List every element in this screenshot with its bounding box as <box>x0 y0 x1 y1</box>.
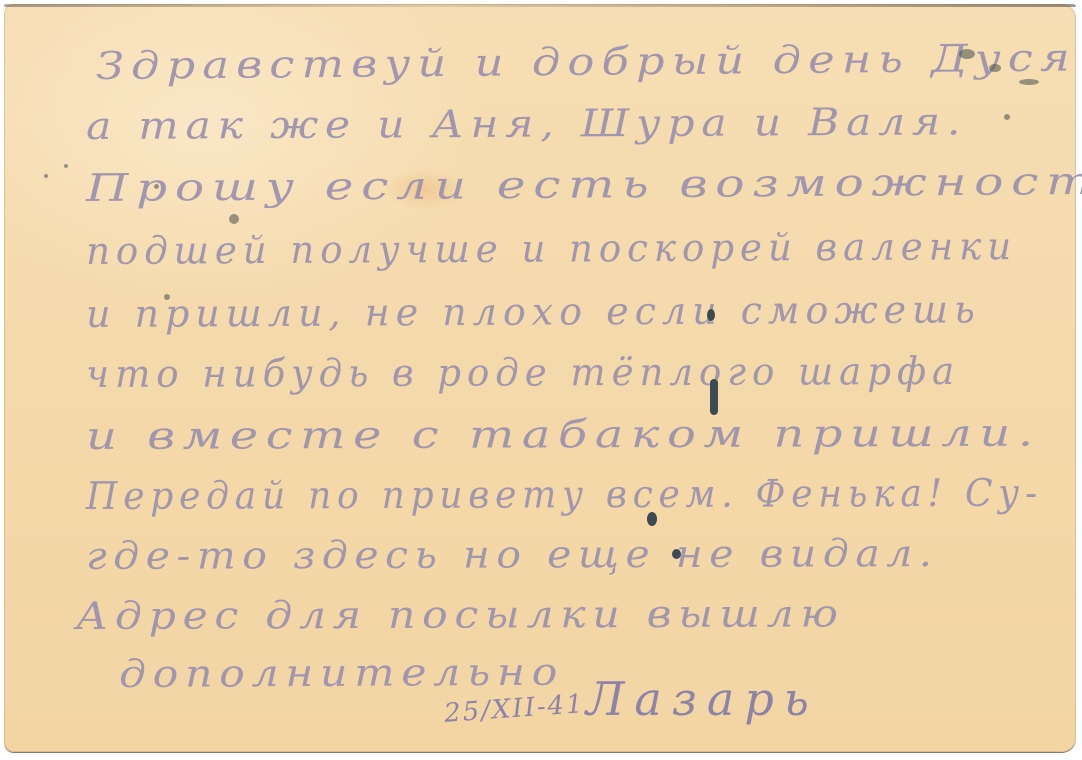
postcard: Здравствуй и добрый день Дуся а так же и… <box>4 4 1076 752</box>
letter-line-6: что нибудь в роде тёплого шарфа <box>86 349 960 396</box>
ink-stain <box>710 379 718 415</box>
signature: Лазарь <box>586 672 819 726</box>
ink-stain <box>1004 114 1010 120</box>
letter-line-4: подшей получше и поскорей валенки <box>86 224 1017 273</box>
letter-date: 25/XII-41 <box>443 689 586 729</box>
ink-stain <box>1019 79 1039 85</box>
ink-stain <box>707 309 715 321</box>
ink-stain <box>44 174 48 178</box>
ink-stain <box>989 64 1001 72</box>
ink-stain <box>154 184 159 189</box>
letter-line-1: Здравствуй и добрый день Дуся <box>96 35 1077 88</box>
letter-line-3: Прошу если есть возможность <box>86 159 1082 210</box>
ink-stain <box>229 214 239 224</box>
letter-line-8: Передай по привету всем. Фенька! Су- <box>86 471 1043 518</box>
ink-stain <box>64 164 68 168</box>
ink-stain <box>959 49 975 59</box>
letter-line-9: где-то здесь но еще не видал. <box>86 531 939 578</box>
letter-line-7: и вместе с табаком пришли. <box>86 411 1041 458</box>
ink-stain <box>647 512 657 526</box>
ink-stain <box>672 549 681 559</box>
letter-line-5: и пришли, не плохо если сможешь <box>86 287 981 336</box>
letter-line-2: а так же и Аня, Шура и Валя. <box>86 99 967 148</box>
letter-line-10: Адрес для посылки вышлю <box>76 591 845 638</box>
ink-stain <box>164 294 170 300</box>
letter-line-11: дополнительно <box>119 650 564 696</box>
